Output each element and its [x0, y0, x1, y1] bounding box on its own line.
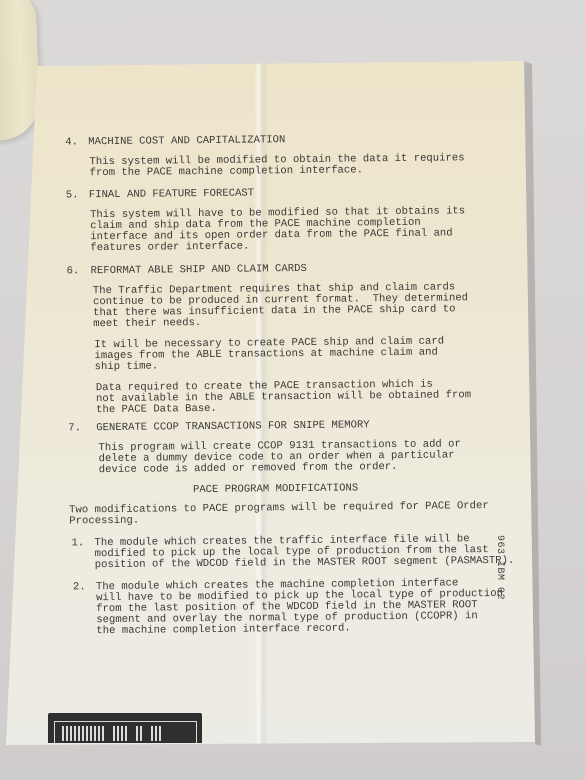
- section-number: 5.: [66, 190, 79, 201]
- section-number: 6.: [67, 266, 80, 277]
- modification-line: the machine completion interface record.: [96, 623, 350, 636]
- paragraph-line: ship time.: [95, 361, 159, 372]
- section-heading: GENERATE CCOP TRANSACTIONS FOR SNIPE MEM…: [96, 420, 369, 434]
- section-subtitle: PACE PROGRAM MODIFICATIONS: [193, 483, 358, 496]
- paragraph-line: device code is added or removed from the…: [99, 462, 398, 476]
- section-number: 4.: [65, 137, 78, 148]
- paragraph-line: the PACE Data Base.: [96, 404, 217, 416]
- intro-line: Processing.: [69, 516, 139, 528]
- paragraph-line: from the PACE machine completion interfa…: [90, 165, 363, 179]
- section-heading: MACHINE COST AND CAPITALIZATION: [88, 135, 285, 148]
- paragraph-line: meet their needs.: [93, 318, 201, 330]
- barcode-bars: [62, 726, 192, 741]
- modification-number: 2.: [73, 582, 86, 593]
- section-heading: REFORMAT ABLE SHIP AND CLAIM CARDS: [91, 264, 307, 277]
- document-page: 4. MACHINE COST AND CAPITALIZATION This …: [0, 0, 585, 780]
- form-code: 963 IBM 02: [494, 535, 505, 600]
- paragraph-line: features order interface.: [90, 242, 249, 254]
- modification-number: 1.: [71, 538, 84, 549]
- section-heading: FINAL AND FEATURE FORECAST: [89, 188, 254, 201]
- barcode-stamp: [48, 713, 202, 743]
- modification-line: position of the WDCOD field in the MASTE…: [95, 556, 515, 571]
- section-number: 7.: [68, 423, 81, 434]
